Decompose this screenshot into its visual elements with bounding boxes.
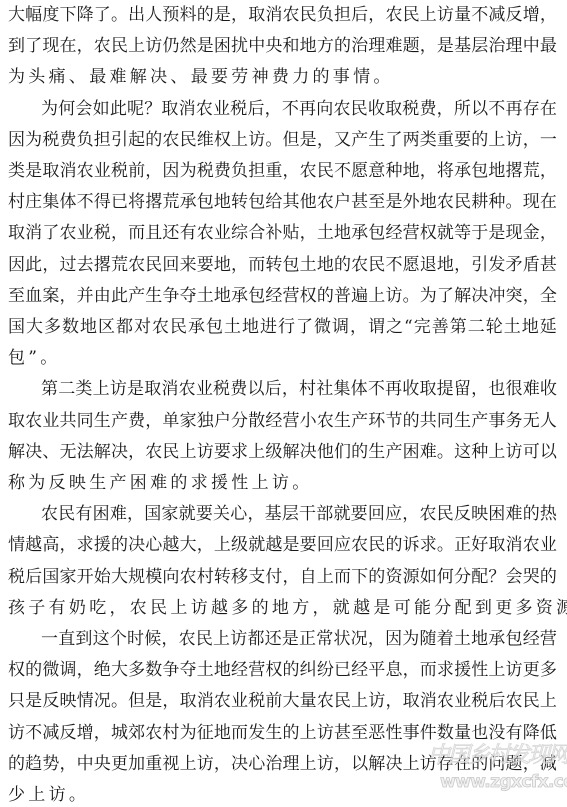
text-line: 的趋势，中央更加重视上访，决心治理上访，以解决上访存在的问题，减 (8, 754, 557, 774)
text-line: 因为税费负担引起的农民维权上访。但是，又产生了两类重要的上访，一 (8, 130, 557, 150)
text-line: 少上访。 (8, 785, 557, 805)
text-line: 孩子有奶吃，农民上访越多的地方，就越是可能分配到更多资源。 (8, 598, 557, 618)
text-line: 税后国家开始大规模向农村转移支付，自上而下的资源如何分配？会哭的 (8, 567, 557, 587)
text-line: 称为反映生产困难的求援性上访。 (8, 473, 557, 493)
text-line: 因此，过去撂荒农民回来要地，而转包土地的农民不愿退地，引发矛盾甚 (8, 255, 557, 275)
paragraph-start-line: 农民有困难，国家就要关心，基层干部就要回应，农民反映困难的热 (41, 504, 557, 524)
text-line: 取消了农业税，而且还有农业综合补贴，土地承包经营权就等于是现金， (8, 223, 557, 243)
text-line: 只是反映情况。但是，取消农业税前大量农民上访，取消农业税后农民上 (8, 691, 557, 711)
text-line: 为头痛、最难解决、最要劳神费力的事情。 (8, 67, 557, 87)
text-line: 权的微调，绝大多数争夺土地经营权的纠纷已经平息，而求援性上访更多 (8, 660, 557, 680)
document-page: 大幅度下降了。出人预料的是，取消农民负担后，农民上访量不减反增， 到了现在，农民… (0, 0, 567, 807)
text-line: 类是取消农业税前，因为税费负担重，农民不愿意种地，将承包地撂荒， (8, 161, 557, 181)
text-line: 情越高，求援的决心越大，上级就越是要回应农民的诉求。正好取消农业 (8, 535, 557, 555)
paragraph-start-line: 第二类上访是取消农业税费以后，村社集体不再收取提留，也很难收 (41, 379, 557, 399)
text-line: 到了现在，农民上访仍然是困扰中央和地方的治理难题，是基层治理中最 (8, 36, 557, 56)
text-line: 村庄集体不得已将撂荒承包地转包给其他农户甚至是外地农民耕种。现在 (8, 192, 557, 212)
text-line: 大幅度下降了。出人预料的是，取消农民负担后，农民上访量不减反增， (8, 5, 557, 25)
text-line: 访不减反增，城郊农村为征地而发生的上访甚至恶性事件数量也没有降低 (8, 723, 557, 743)
text-line: 国大多数地区都对农民承包土地进行了微调，谓之“完善第二轮土地延 (8, 317, 557, 337)
text-line: 至血案，并由此产生争夺土地承包经营权的普遍上访。为了解决冲突，全 (8, 286, 557, 306)
text-line: 包”。 (8, 348, 557, 368)
paragraph-start-line: 为何会如此呢？取消农业税后，不再向农民收取税费，所以不再存在 (41, 99, 557, 119)
paragraph-start-line: 一直到这个时候，农民上访都还是正常状况，因为随着土地承包经营 (41, 629, 557, 649)
text-line: 取农业共同生产费，单家独户分散经营小农生产环节的共同生产事务无人 (8, 411, 557, 431)
text-line: 解决、无法解决，农民上访要求上级解决他们的生产困难。这种上访可以 (8, 442, 557, 462)
